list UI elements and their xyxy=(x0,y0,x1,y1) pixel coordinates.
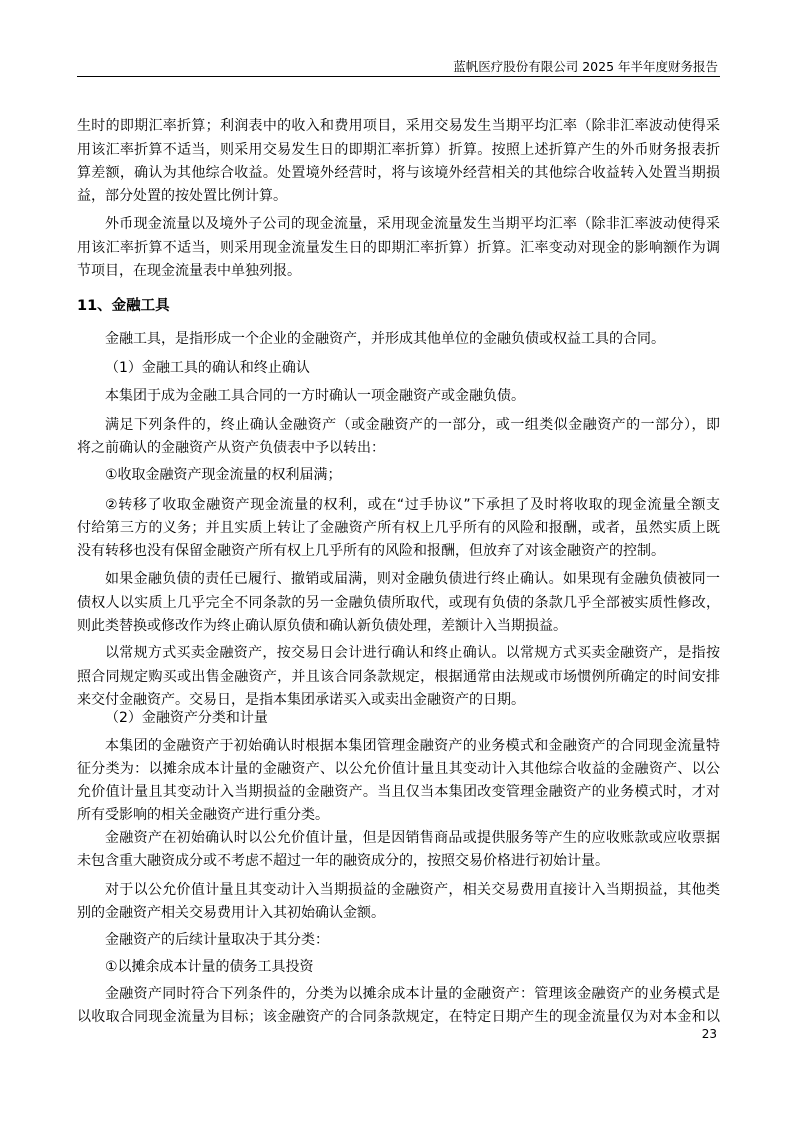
text-line: 节项目，在现金流量表中单独列报。 xyxy=(77,262,720,280)
text-line: 以收取合同现金流量为目标；该金融资产的合同条款规定，在特定日期产生的现金流量仅为… xyxy=(77,1008,720,1026)
text-line: 金融资产的后续计量取决于其分类： xyxy=(105,931,720,949)
text-line: 如果金融负债的责任已履行、撤销或届满，则对金融负债进行终止确认。如果现有金融负债… xyxy=(105,570,720,588)
text-line: 照合同规定购买或出售金融资产，并且该合同条款规定，根据通常由法规或市场惯例所确定… xyxy=(77,668,720,686)
text-line: （1）金融工具的确认和终止确认 xyxy=(105,359,720,377)
text-line: 金融资产同时符合下列条件的，分类为以摊余成本计量的金融资产：管理该金融资产的业务… xyxy=(105,985,720,1003)
header-divider xyxy=(77,76,720,77)
text-line: 没有转移也没有保留金融资产所有权上几乎所有的风险和报酬，但放弃了对该金融资产的控… xyxy=(77,542,720,560)
text-line: 用该汇率折算不适当，则采用交易发生日的即期汇率折算）折算。按照上述折算产生的外币… xyxy=(77,141,720,159)
text-line: 金融资产在初始确认时以公允价值计量，但是因销售商品或提供服务等产生的应收账款或应… xyxy=(105,829,720,847)
text-line: 生时的即期汇率折算；利润表中的收入和费用项目，采用交易发生当期平均汇率（除非汇率… xyxy=(77,117,720,135)
text-line: ①以摊余成本计量的债务工具投资 xyxy=(105,958,720,976)
text-line: 债权人以实质上几乎完全不同条款的另一金融负债所取代，或现有负债的条款几乎全部被实… xyxy=(77,594,720,612)
text-line: 未包含重大融资成分或不考虑不超过一年的融资成分的，按照交易价格进行初始计量。 xyxy=(77,852,720,870)
text-line: 满足下列条件的，终止确认金融资产（或金融资产的一部分，或一组类似金融资产的一部分… xyxy=(105,416,720,434)
text-line: 允价值计量且其变动计入当期损益的金融资产。当且仅当本集团改变管理金融资产的业务模… xyxy=(77,783,720,801)
text-line: 本集团于成为金融工具合同的一方时确认一项金融资产或金融负债。 xyxy=(105,387,720,405)
text-line: 则此类替换或修改作为终止确认原负债和确认新负债处理，差额计入当期损益。 xyxy=(77,617,720,635)
section-heading: 11、金融工具 xyxy=(77,297,720,315)
text-line: 将之前确认的金融资产从资产负债表中予以转出： xyxy=(77,439,720,457)
text-line: 所有受影响的相关金融资产进行重分类。 xyxy=(77,806,720,824)
text-line: 本集团的金融资产于初始确认时根据本集团管理金融资产的业务模式和金融资产的合同现金… xyxy=(105,737,720,755)
text-line: ②转移了收取金融资产现金流量的权利，或在“过手协议”下承担了及时将收取的现金流量… xyxy=(105,496,720,514)
text-line: 付给第三方的义务；并且实质上转让了金融资产所有权上几乎所有的风险和报酬，或者，虽… xyxy=(77,519,720,537)
text-line: 用该汇率折算不适当，则采用现金流量发生日的即期汇率折算）折算。汇率变动对现金的影… xyxy=(77,239,720,257)
text-line: 以常规方式买卖金融资产，按交易日会计进行确认和终止确认。以常规方式买卖金融资产，… xyxy=(105,644,720,662)
text-line: 对于以公允价值计量且其变动计入当期损益的金融资产，相关交易费用直接计入当期损益，… xyxy=(105,881,720,899)
text-line: 征分类为：以摊余成本计量的金融资产、以公允价值计量且其变动计入其他综合收益的金融… xyxy=(77,760,720,778)
text-line: 算差额，确认为其他综合收益。处置境外经营时，将与该境外经营相关的其他综合收益转入… xyxy=(77,164,720,182)
report-title: 蓝帆医疗股份有限公司 2025 年半年度财务报告 xyxy=(453,57,718,75)
text-line: 益，部分处置的按处置比例计算。 xyxy=(77,187,720,205)
text-line: 来交付金融资产。交易日，是指本集团承诺买入或卖出金融资产的日期。 xyxy=(77,691,720,709)
text-line: （2）金融资产分类和计量 xyxy=(105,709,720,727)
text-line: 外币现金流量以及境外子公司的现金流量，采用现金流量发生当期平均汇率（除非汇率波动… xyxy=(105,215,720,233)
text-line: ①收取金融资产现金流量的权利届满； xyxy=(105,466,720,484)
page-number: 23 xyxy=(702,1027,717,1041)
text-line: 别的金融资产相关交易费用计入其初始确认金额。 xyxy=(77,904,720,922)
text-line: 金融工具，是指形成一个企业的金融资产，并形成其他单位的金融负债或权益工具的合同。 xyxy=(105,330,720,348)
